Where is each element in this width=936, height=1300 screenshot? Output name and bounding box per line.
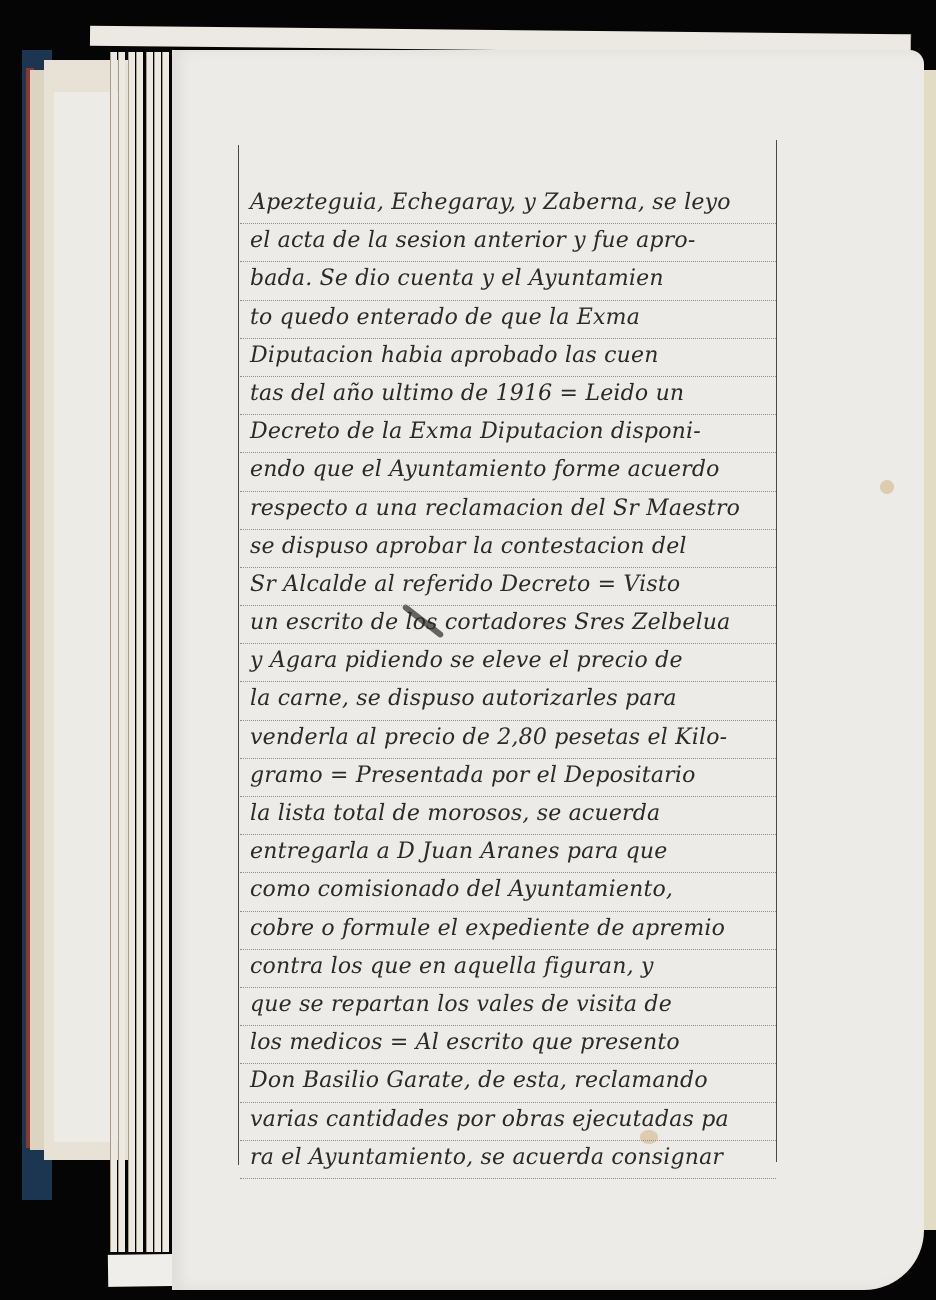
text-line: Sr Alcalde al referido Decreto = Visto bbox=[240, 568, 776, 606]
text-line: entregarla a D Juan Aranes para que bbox=[240, 835, 776, 873]
page-stack-strip bbox=[136, 52, 143, 1252]
text-line: Decreto de la Exma Diputacion disponi- bbox=[240, 415, 776, 453]
text-line: se dispuso aprobar la contestacion del bbox=[240, 530, 776, 568]
text-line: endo que el Ayuntamiento forme acuerdo bbox=[240, 453, 776, 491]
text-line: respecto a una reclamacion del Sr Maestr… bbox=[240, 492, 776, 530]
text-line: bada. Se dio cuenta y el Ayuntamien bbox=[240, 262, 776, 300]
text-line: Apeztegui­a, Echegaray, y Zaberna, se le… bbox=[240, 186, 776, 224]
text-line: Diputacion habia aprobado las cuen bbox=[240, 339, 776, 377]
right-margin-rule bbox=[776, 140, 777, 1162]
text-line: que se repartan los vales de visita de bbox=[240, 988, 776, 1026]
text-line: venderla al precio de 2,80 pesetas el Ki… bbox=[240, 721, 776, 759]
text-line: y Agara pidiendo se eleve el precio de bbox=[240, 644, 776, 682]
text-line: contra los que en aquella figuran, y bbox=[240, 950, 776, 988]
handwritten-text: Apeztegui­a, Echegaray, y Zaberna, se le… bbox=[240, 186, 776, 1179]
text-line: ra el Ayuntamiento, se acuerda consignar bbox=[240, 1141, 776, 1179]
text-line: varias cantidades por obras ejecutadas p… bbox=[240, 1103, 776, 1141]
text-line: como comisionado del Ayuntamiento, bbox=[240, 873, 776, 911]
text-line: tas del año ultimo de 1916 = Leido un bbox=[240, 377, 776, 415]
text-line: Don Basilio Garate, de esta, reclamando bbox=[240, 1064, 776, 1102]
text-line: el acta de la sesion anterior y fue apro… bbox=[240, 224, 776, 262]
paper-stain bbox=[880, 480, 894, 494]
text-line: la carne, se dispuso autorizarles para bbox=[240, 682, 776, 720]
page-stack-strip bbox=[146, 52, 153, 1252]
text-line: cobre o formule el expediente de apremio bbox=[240, 912, 776, 950]
page-stack-strip bbox=[110, 52, 117, 1252]
text-line: gramo = Presentada por el Depositario bbox=[240, 759, 776, 797]
text-line: to quedo enterado de que la Exma bbox=[240, 301, 776, 339]
text-line: un escrito de los cortadores Sres Zelbel… bbox=[240, 606, 776, 644]
text-line: la lista total de morosos, se acuerda bbox=[240, 797, 776, 835]
page-stack-strip bbox=[118, 52, 125, 1252]
facing-page-edge bbox=[924, 70, 936, 1230]
page-stack-strip bbox=[128, 52, 135, 1252]
text-line: los medicos = Al escrito que presento bbox=[240, 1026, 776, 1064]
left-margin-rule bbox=[238, 145, 239, 1165]
page-stack-strip bbox=[154, 52, 161, 1252]
page-stack-strip bbox=[162, 52, 169, 1252]
